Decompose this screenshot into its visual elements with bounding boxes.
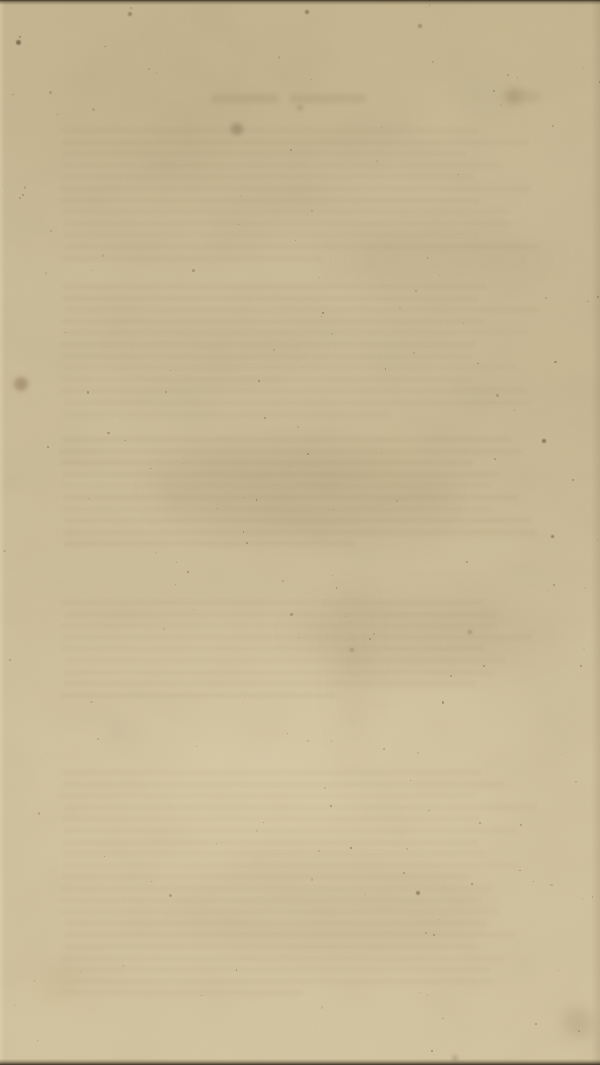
scanned-book-page	[0, 0, 600, 1065]
scan-edge-top	[0, 0, 600, 5]
paper-grain-texture	[0, 0, 600, 1065]
scan-edge-bottom	[0, 1059, 600, 1065]
